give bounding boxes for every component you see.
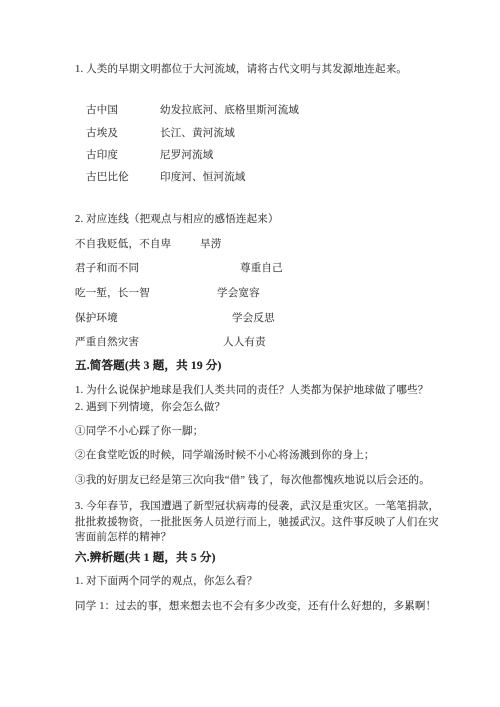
match-item-river-basin: 印度河、恒河流域 [160, 169, 246, 184]
section5-header: 五.简答题(共 3 题，共 19 分) [75, 357, 222, 373]
question3-line2: 批批救援物资，一批批医务人员逆行而上，驰援武汉。这件事反映了人们在灾 [75, 514, 439, 529]
match-item-insight: 旱涝 [200, 236, 221, 251]
situation-1: ①同学不小心踩了你一脚； [75, 423, 203, 438]
match-item-viewpoint: 吃一堑，长一智 [75, 285, 150, 300]
section6-question1: 1. 对下面两个同学的观点，你怎么看？ [75, 573, 257, 588]
section5-question2: 2. 遇到下列情境，你会怎么做？ [75, 399, 225, 414]
section5-question1: 1. 为什么说保护地球是我们人类共同的责任？人类都为保护地球做了哪些？ [75, 382, 429, 397]
match-item-river-basin: 长江、黄河流域 [160, 125, 235, 140]
match-item-viewpoint: 严重自然灾害 [75, 334, 139, 349]
match-item-insight: 人人有责 [223, 334, 266, 349]
student1-opinion: 同学 1：过去的事，想来想去也不会有多少改变，还有什么好想的，多累啊！ [75, 598, 436, 613]
match-item-insight: 学会宽容 [217, 285, 260, 300]
match-item-civilization: 古印度 [86, 147, 118, 162]
question1-intro: 1. 人类的早期文明都位于大河流域，请将古代文明与其发源地连起来。 [75, 61, 407, 76]
situation-3: ③我的好朋友已经是第三次向我“借” 钱了，每次他都愧疚地说以后会还的。 [75, 472, 430, 487]
situation-2: ②在食堂吃饭的时候，同学端汤时候不小心将汤溅到你的身上； [75, 447, 375, 462]
match-item-insight: 尊重自己 [240, 260, 283, 275]
match-item-insight: 学会反思 [232, 310, 275, 325]
question2-intro: 2. 对应连线（把观点与相应的感悟连起来） [75, 211, 279, 226]
document-page: 1. 人类的早期文明都位于大河流域，请将古代文明与其发源地连起来。 古中国 幼发… [0, 0, 500, 707]
match-item-civilization: 古巴比伦 [86, 169, 129, 184]
question3-line1: 3. 今年春节，我国遭遇了新型冠状病毒的侵袭，武汉是重灾区。一笔笔捐款， [75, 498, 439, 513]
question3-line3: 害面前怎样的精神？ [75, 529, 171, 544]
match-item-viewpoint: 不自我贬低，不自卑 [75, 236, 171, 251]
match-item-civilization: 古埃及 [86, 125, 118, 140]
match-item-river-basin: 幼发拉底河、底格里斯河流域 [160, 102, 299, 117]
match-item-viewpoint: 君子和而不同 [75, 260, 139, 275]
match-item-civilization: 古中国 [86, 102, 118, 117]
section6-header: 六.辨析题(共 1 题，共 5 分) [75, 549, 216, 565]
match-item-river-basin: 尼罗河流域 [160, 147, 214, 162]
match-item-viewpoint: 保护环境 [75, 310, 118, 325]
